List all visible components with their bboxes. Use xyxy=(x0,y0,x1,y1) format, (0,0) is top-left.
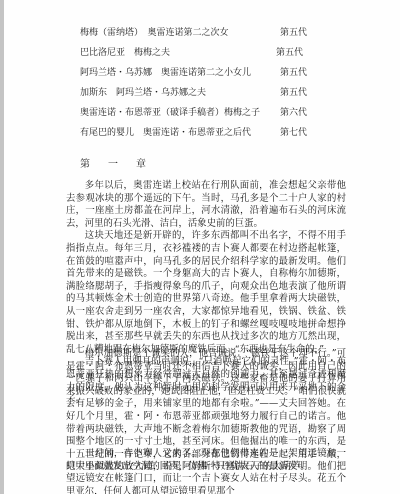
generation-label: 第五代 xyxy=(280,66,307,80)
paragraph: 多年以后，奥雷连诺上校站在行刑队面前，准会想起父亲带他去参观冰块的那个遥远的下午… xyxy=(66,180,346,230)
genealogy-row: 奥雷连诺・布恩蒂亚（破译手稿者）梅梅之子第六代 xyxy=(80,106,340,120)
document-page: 梅梅（雷纳塔） 奥雷连诺第二之次女第五代巴比洛尼亚 梅梅之夫第五代阿玛兰塔・乌苏… xyxy=(4,0,400,494)
genealogy-row: 梅梅（雷纳塔） 奥雷连诺第二之次女第五代 xyxy=(80,26,340,40)
chapter-char: 第 xyxy=(80,155,90,170)
generation-label: 第五代 xyxy=(276,46,303,60)
genealogy-row: 加斯东 阿玛兰塔・乌苏娜之夫第五代 xyxy=(80,86,340,100)
character-name: 奥雷连诺・布恩蒂亚（破译手稿者）梅梅之子 xyxy=(80,106,260,120)
paragraph: 这块天地还是新开辟的，许多东西都叫不出名字，不得不用手指指点点。每年三月，衣衫褴… xyxy=(66,230,346,356)
genealogy-row: 阿玛兰塔・乌苏娜 奥雷连诺第二之小女儿第五代 xyxy=(80,66,340,80)
paragraph: 三月间，吉卜赛人又来了。现在他们带来的是一架望远镜和一只大小似鼓的放大镜，说是阿… xyxy=(66,448,346,494)
genealogy-row: 有尾巴的婴儿 奥雷连诺・布恩蒂亚之后代第七代 xyxy=(80,126,340,140)
character-name: 有尾巴的婴儿 奥雷连诺・布恩蒂亚之后代 xyxy=(80,126,251,140)
generation-label: 第六代 xyxy=(280,106,307,120)
generation-label: 第五代 xyxy=(280,26,307,40)
body-section: 三月间，吉卜赛人又来了。现在他们带来的是一架望远镜和一只大小似鼓的放大镜，说是阿… xyxy=(66,448,346,494)
chapter-heading: 第一章 xyxy=(80,155,164,170)
character-name: 阿玛兰塔・乌苏娜 奥雷连诺第二之小女儿 xyxy=(80,66,251,80)
character-name: 加斯东 阿玛兰塔・乌苏娜之夫 xyxy=(80,86,206,100)
generation-label: 第五代 xyxy=(280,86,307,100)
genealogy-row: 巴比洛尼亚 梅梅之夫第五代 xyxy=(80,46,340,60)
character-name: 梅梅（雷纳塔） 奥雷连诺第二之次女 xyxy=(80,26,229,40)
chapter-char: 一 xyxy=(108,155,118,170)
chapter-char: 章 xyxy=(136,155,146,170)
character-name: 巴比洛尼亚 梅梅之夫 xyxy=(80,46,170,60)
generation-label: 第七代 xyxy=(280,126,307,140)
